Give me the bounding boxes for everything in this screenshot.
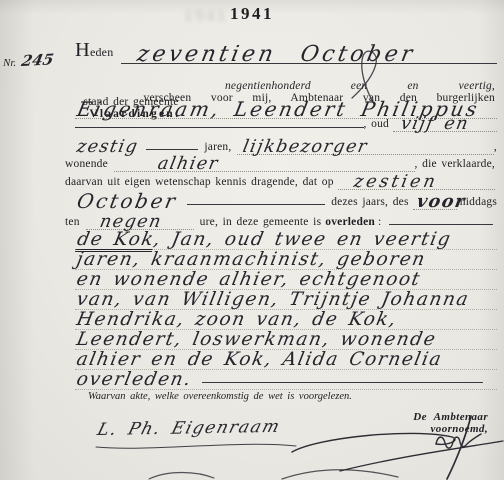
oud-label: , oud xyxy=(364,118,390,130)
date-fill-line: Heden zeventien October xyxy=(75,38,497,64)
deceased-closing-word: overleden. xyxy=(75,370,194,389)
partial-signature-stroke xyxy=(282,470,398,479)
deceased-line: en wonende alhier, echtgenoot xyxy=(75,270,497,290)
hour-blank: negen xyxy=(86,212,194,230)
date-blank: zeventien October xyxy=(121,42,497,64)
deceased-block: de Kok, Jan, oud twee en veertig jaren, … xyxy=(75,230,497,390)
closing-statement: Waarvan akte, welke overeenkomstig de we… xyxy=(88,391,352,402)
wonende-label: wonende xyxy=(65,158,108,170)
death-month-line: October dezes jaars, des voor middags xyxy=(75,186,497,210)
death-certificate-page: 1941 Nr. 245 Heden zeventien October neg… xyxy=(0,0,504,480)
residence-line: wonende alhier , die verklaarde, xyxy=(65,151,495,172)
official-signature-sweep xyxy=(340,441,503,471)
declarant-signature-text: L. Ph. Eigenraam xyxy=(95,417,283,440)
act-number: Nr. 245 xyxy=(3,52,51,70)
verklaarde-label: , die verklaarde, xyxy=(415,158,495,170)
official-signature-name xyxy=(436,434,481,448)
year-in-words: negentienhonderd een en veertig, xyxy=(225,80,495,92)
deceased-line-last: overleden. xyxy=(75,370,497,390)
deceased-line: jaren, kraanmachinist, geboren xyxy=(75,250,497,270)
deceased-line: alhier en de Kok, Alida Cornelia xyxy=(75,350,497,370)
blank-rule xyxy=(202,382,483,383)
death-hour-line: ten negen ure, in deze gemeente is overl… xyxy=(65,208,495,230)
blank-rule xyxy=(75,127,364,128)
partial-signature-stroke xyxy=(149,473,214,480)
overleden-label: overleden xyxy=(325,216,375,228)
deceased-description: jaren, kraanmachinist, geborenen wonende… xyxy=(75,250,497,370)
ure-text: ure, in deze gemeente is xyxy=(200,216,322,228)
ten-label: ten xyxy=(65,216,80,228)
deceased-line: Hendrika, zoon van, de Kok, xyxy=(75,310,497,330)
age-line-1: , oud vijf en xyxy=(75,110,497,132)
blank-rule xyxy=(187,204,325,205)
deceased-line: van, van Willigen, Trijntje Johanna xyxy=(75,290,497,310)
date-handwritten: zeventien October xyxy=(121,42,418,67)
deceased-line-first: de Kok, Jan, oud twee en veertig xyxy=(75,230,497,250)
act-number-label: Nr. xyxy=(3,57,16,69)
age-handwritten-1: vijf en xyxy=(393,114,471,134)
page-year: 1941 xyxy=(0,4,504,24)
act-number-value: 245 xyxy=(20,50,55,70)
signature-underline xyxy=(96,444,296,448)
official-signature-loop xyxy=(292,433,455,452)
deceased-line: Leendert, loswerkman, wonende xyxy=(75,330,497,350)
official-label: De Ambtenaar voornoemd, xyxy=(352,411,488,435)
heden-label: Heden xyxy=(75,39,113,62)
age-blank-1: vijf en xyxy=(393,114,497,132)
blank-rule xyxy=(389,224,493,225)
blank-rule xyxy=(146,149,198,150)
dezes-label: dezes jaars, des xyxy=(331,196,408,208)
deceased-first-rest: , Jan, oud twee en veertig xyxy=(152,230,453,249)
colon: : xyxy=(378,216,381,228)
declarant-signature: L. Ph. Eigenraam xyxy=(95,420,277,440)
